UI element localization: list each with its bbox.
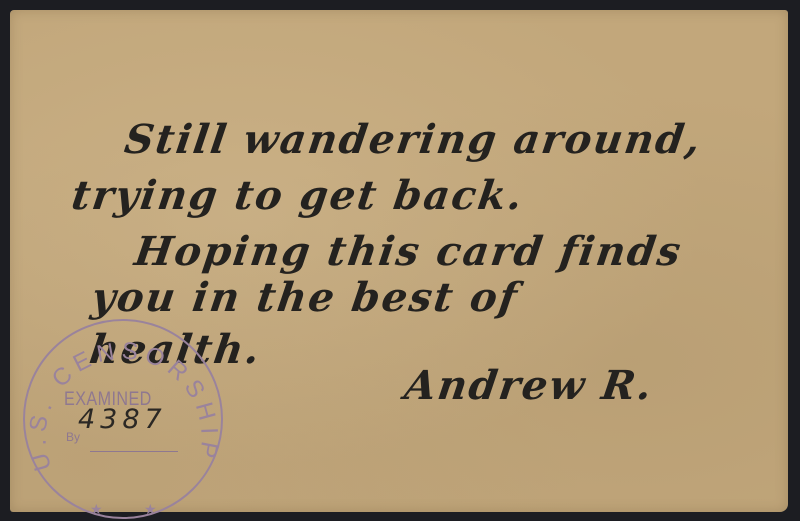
message-line-2: trying to get back. (69, 172, 527, 219)
censor-number: 4387 (78, 404, 167, 435)
star-icon: ★ (90, 502, 103, 518)
star-icon: ★ (144, 502, 157, 518)
stamp-by-line (90, 451, 178, 452)
message-line-3: Hoping this card finds (132, 228, 686, 275)
signature: Andrew R. (402, 362, 657, 409)
message-line-4: you in the best of (89, 274, 522, 321)
message-line-1: Still wandering around, (122, 116, 705, 163)
